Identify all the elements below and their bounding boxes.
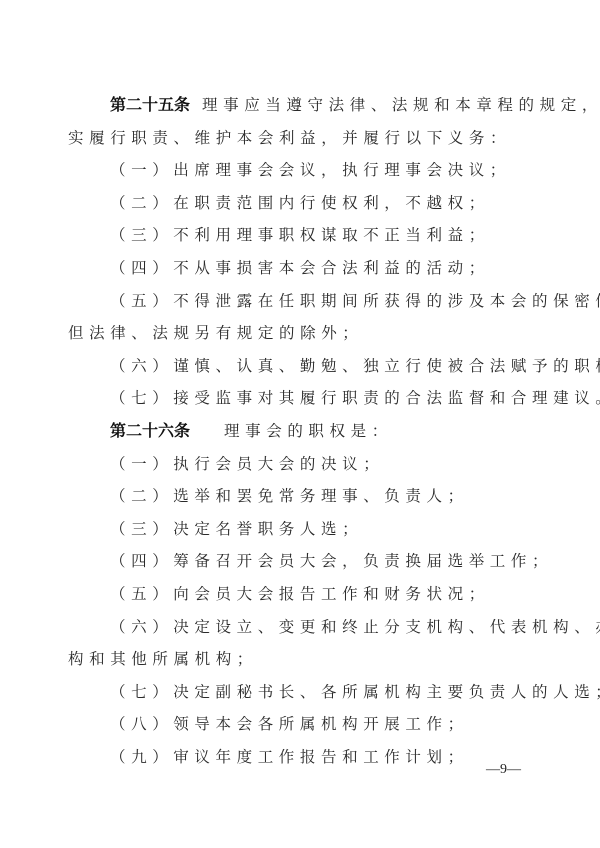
article-26-intro: 理事会的职权是： bbox=[224, 422, 393, 440]
article-26-item-2: （二）选举和罢免常务理事、负责人； bbox=[68, 480, 524, 513]
article-25-item-2: （二）在职责范围内行使权利，不越权； bbox=[68, 187, 524, 220]
article-26-item-3: （三）决定名誉职务人选； bbox=[68, 513, 524, 546]
article-25-item-7: （七）接受监事对其履行职责的合法监督和合理建议。 bbox=[68, 382, 524, 415]
article-25-first-line: 第二十五条理事应当遵守法律、法规和本章程的规定，忠 bbox=[68, 89, 524, 122]
article-25-intro-cont: 实履行职责、维护本会利益，并履行以下义务： bbox=[68, 122, 524, 155]
article-26-item-1: （一）执行会员大会的决议； bbox=[68, 448, 524, 481]
article-26-item-6-cont: 构和其他所属机构； bbox=[68, 643, 524, 676]
article-25-heading: 第二十五条 bbox=[110, 95, 190, 114]
article-26-item-8: （八）领导本会各所属机构开展工作； bbox=[68, 708, 524, 741]
article-25-item-1: （一）出席理事会会议，执行理事会决议； bbox=[68, 154, 524, 187]
article-25-item-4: （四）不从事损害本会合法利益的活动； bbox=[68, 252, 524, 285]
page-number: —9— bbox=[486, 762, 521, 778]
article-25-item-5: （五）不得泄露在任职期间所获得的涉及本会的保密信息， bbox=[68, 285, 524, 318]
article-26-first-line: 第二十六条理事会的职权是： bbox=[68, 415, 524, 448]
article-26-item-4: （四）筹备召开会员大会，负责换届选举工作； bbox=[68, 545, 524, 578]
article-25-intro: 理事应当遵守法律、法规和本章程的规定，忠 bbox=[202, 96, 600, 114]
article-26-heading: 第二十六条 bbox=[110, 421, 190, 440]
article-26-item-9: （九）审议年度工作报告和工作计划； bbox=[68, 741, 524, 774]
article-26-item-7: （七）决定副秘书长、各所属机构主要负责人的人选； bbox=[68, 676, 524, 709]
article-26-item-6: （六）决定设立、变更和终止分支机构、代表机构、办事机 bbox=[68, 611, 524, 644]
article-25-item-6: （六）谨慎、认真、勤勉、独立行使被合法赋予的职权； bbox=[68, 350, 524, 383]
article-26-item-5: （五）向会员大会报告工作和财务状况； bbox=[68, 578, 524, 611]
article-25-item-5-cont: 但法律、法规另有规定的除外； bbox=[68, 317, 524, 350]
article-25-item-3: （三）不利用理事职权谋取不正当利益； bbox=[68, 219, 524, 252]
document-page: 第二十五条理事应当遵守法律、法规和本章程的规定，忠 实履行职责、维护本会利益，并… bbox=[68, 89, 524, 773]
